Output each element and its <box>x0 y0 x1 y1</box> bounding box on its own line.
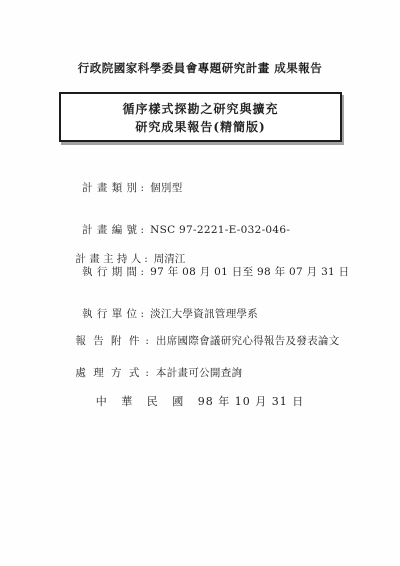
field-label: 執 行 單 位 <box>82 308 138 320</box>
field-row-project-type: 計 畫 類 別:個別型 <box>62 167 349 209</box>
field-colon: : <box>144 253 148 265</box>
roc-date-line: 中 華 民 國 98 年 10 月 31 日 <box>0 393 400 409</box>
field-colon: : <box>145 335 149 347</box>
principal-investigator-row: 計 畫 主 持 人:周清江 <box>62 239 185 278</box>
field-value: 出席國際會議研究心得報告及發表論文 <box>156 335 340 347</box>
processing-method-row: 處 理 方 式:本計畫可公開查詢 <box>62 353 242 392</box>
field-label: 計 畫 類 別 <box>82 182 138 194</box>
page-title: 行政院國家科學委員會專題研究計畫 成果報告 <box>0 60 400 76</box>
field-value: 個別型 <box>150 182 182 194</box>
field-value: 周清江 <box>154 253 186 265</box>
field-value: 淡江大學資訊管理學系 <box>150 308 258 320</box>
field-label: 計 畫 編 號 <box>82 224 138 236</box>
field-colon: : <box>145 367 149 379</box>
field-value: 本計畫可公開查詢 <box>156 367 242 379</box>
field-label: 計 畫 主 持 人 <box>75 253 141 265</box>
report-cover-page: 行政院國家科學委員會專題研究計畫 成果報告 循序樣式探勘之研究與擴充 研究成果報… <box>0 0 400 566</box>
field-label: 報 告 附 件 <box>75 335 141 347</box>
field-colon: : <box>141 182 145 194</box>
report-subtitle: 研究成果報告(精簡版) <box>61 118 340 136</box>
project-title-box: 循序樣式探勘之研究與擴充 研究成果報告(精簡版) <box>59 92 342 142</box>
field-label: 處 理 方 式 <box>75 367 141 379</box>
field-value: NSC 97-2221-E-032-046- <box>150 224 290 236</box>
project-title: 循序樣式探勘之研究與擴充 <box>61 100 340 118</box>
field-colon: : <box>141 308 145 320</box>
field-colon: : <box>141 224 145 236</box>
